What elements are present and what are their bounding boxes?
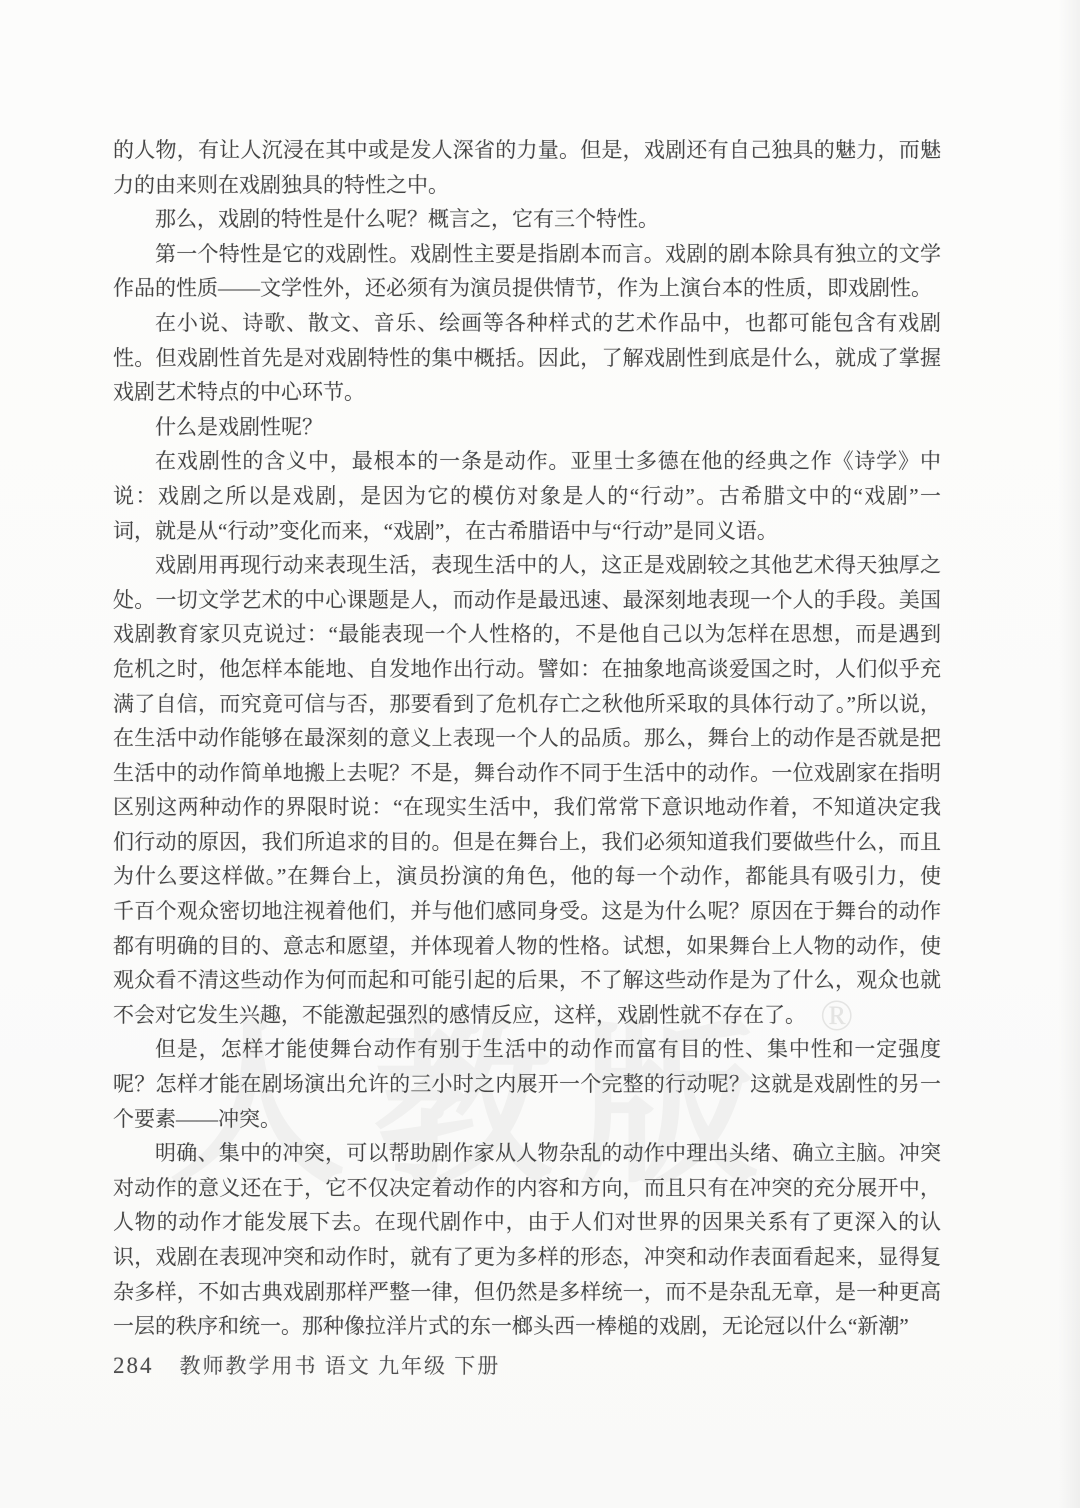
body-text: 的人物，有让人沉浸在其中或是发人深省的力量。但是，戏剧还有自己独具的魅力，而魅力… — [113, 133, 941, 1344]
page-footer: 284 教师教学用书 语文 九年级 下册 — [113, 1350, 500, 1380]
text-line: 呢？怎样才能在剧场演出允许的三小时之内展开一个完整的行动呢？这就是戏剧性的另一 — [113, 1067, 941, 1102]
paragraph: 第一个特性是它的戏剧性。戏剧性主要是指剧本而言。戏剧的剧本除具有独立的文学作品的… — [113, 237, 941, 306]
text-line: 处。一切文学艺术的中心课题是人，而动作是最迅速、最深刻地表现一个人的手段。美国 — [113, 583, 941, 618]
text-line: 的人物，有让人沉浸在其中或是发人深省的力量。但是，戏剧还有自己独具的魅力，而魅 — [113, 133, 941, 168]
text-line: 个要素——冲突。 — [113, 1102, 941, 1137]
paragraph: 在小说、诗歌、散文、音乐、绘画等各种样式的艺术作品中，也都可能包含有戏剧性。但戏… — [113, 306, 941, 410]
paragraph: 什么是戏剧性呢？ — [113, 410, 941, 445]
paragraph: 但是，怎样才能使舞台动作有别于生活中的动作而富有目的性、集中性和一定强度呢？怎样… — [113, 1032, 941, 1136]
text-line: 危机之时，他怎样本能地、自发地作出行动。譬如：在抽象地高谈爱国之时，人们似乎充 — [113, 652, 941, 687]
text-line: 一层的秩序和统一。那种像拉洋片式的东一榔头西一棒槌的戏剧，无论冠以什么“新潮” — [113, 1309, 941, 1344]
text-line: 对动作的意义还在于，它不仅决定着动作的内容和方向，而且只有在冲突的充分展开中， — [113, 1171, 941, 1206]
scanned-book-page: 人教版 ® 的人物，有让人沉浸在其中或是发人深省的力量。但是，戏剧还有自己独具的… — [0, 0, 1080, 1508]
text-line: 在生活中动作能够在最深刻的意义上表现一个人的品质。那么，舞台上的动作是否就是把 — [113, 721, 941, 756]
text-line: 说：戏剧之所以是戏剧，是因为它的模仿对象是人的“行动”。古希腊文中的“戏剧”一 — [113, 479, 941, 514]
text-line: 那么，戏剧的特性是什么呢？概言之，它有三个特性。 — [113, 202, 941, 237]
text-line: 都有明确的目的、意志和愿望，并体现着人物的性格。试想，如果舞台上人物的动作，使 — [113, 929, 941, 964]
paragraph: 戏剧用再现行动来表现生活，表现生活中的人，这正是戏剧较之其他艺术得天独厚之处。一… — [113, 548, 941, 1032]
text-line: 在戏剧性的含义中，最根本的一条是动作。亚里士多德在他的经典之作《诗学》中 — [113, 444, 941, 479]
text-line: 生活中的动作简单地搬上去呢？不是，舞台动作不同于生活中的动作。一位戏剧家在指明 — [113, 756, 941, 791]
text-line: 明确、集中的冲突，可以帮助剧作家从人物杂乱的动作中理出头绪、确立主脑。冲突 — [113, 1136, 941, 1171]
text-line: 性。但戏剧性首先是对戏剧特性的集中概括。因此，了解戏剧性到底是什么，就成了掌握 — [113, 341, 941, 376]
text-line: 识，戏剧在表现冲突和动作时，就有了更为多样的形态，冲突和动作表面看起来，显得复 — [113, 1240, 941, 1275]
text-line: 作品的性质——文学性外，还必须有为演员提供情节，作为上演台本的性质，即戏剧性。 — [113, 271, 941, 306]
text-line: 不会对它发生兴趣，不能激起强烈的感情反应，这样，戏剧性就不存在了。 — [113, 998, 941, 1033]
text-line: 千百个观众密切地注视着他们，并与他们感同身受。这是为什么呢？原因在于舞台的动作 — [113, 894, 941, 929]
text-line: 满了自信，而究竟可信与否，那要看到了危机存亡之秋他所采取的具体行动了。”所以说， — [113, 687, 941, 722]
text-line: 戏剧用再现行动来表现生活，表现生活中的人，这正是戏剧较之其他艺术得天独厚之 — [113, 548, 941, 583]
text-line: 人物的动作才能发展下去。在现代剧作中，由于人们对世界的因果关系有了更深入的认 — [113, 1205, 941, 1240]
text-line: 观众看不清这些动作为何而起和可能引起的后果，不了解这些动作是为了什么，观众也就 — [113, 963, 941, 998]
text-line: 区别这两种动作的界限时说：“在现实生活中，我们常常下意识地动作着，不知道决定我 — [113, 790, 941, 825]
text-line: 第一个特性是它的戏剧性。戏剧性主要是指剧本而言。戏剧的剧本除具有独立的文学 — [113, 237, 941, 272]
page-number: 284 — [113, 1353, 154, 1379]
text-line: 戏剧艺术特点的中心环节。 — [113, 375, 941, 410]
text-line: 们行动的原因，我们所追求的目的。但是在舞台上，我们必须知道我们要做些什么，而且 — [113, 825, 941, 860]
paragraph: 在戏剧性的含义中，最根本的一条是动作。亚里士多德在他的经典之作《诗学》中说：戏剧… — [113, 444, 941, 548]
text-line: 为什么要这样做。”在舞台上，演员扮演的角色，他的每一个动作，都能具有吸引力，使 — [113, 859, 941, 894]
text-line: 但是，怎样才能使舞台动作有别于生活中的动作而富有目的性、集中性和一定强度 — [113, 1032, 941, 1067]
text-line: 杂多样，不如古典戏剧那样严整一律，但仍然是多样统一，而不是杂乱无章，是一种更高 — [113, 1275, 941, 1310]
text-line: 在小说、诗歌、散文、音乐、绘画等各种样式的艺术作品中，也都可能包含有戏剧 — [113, 306, 941, 341]
text-line: 戏剧教育家贝克说过：“最能表现一个人性格的，不是他自己以为怎样在思想，而是遇到 — [113, 617, 941, 652]
text-line: 词，就是从“行动”变化而来，“戏剧”，在古希腊语中与“行动”是同义语。 — [113, 514, 941, 549]
footer-book-title: 教师教学用书 语文 九年级 下册 — [180, 1350, 501, 1380]
paragraph: 的人物，有让人沉浸在其中或是发人深省的力量。但是，戏剧还有自己独具的魅力，而魅力… — [113, 133, 941, 202]
text-line: 力的由来则在戏剧独具的特性之中。 — [113, 168, 941, 203]
paragraph: 那么，戏剧的特性是什么呢？概言之，它有三个特性。 — [113, 202, 941, 237]
text-line: 什么是戏剧性呢？ — [113, 410, 941, 445]
paragraph: 明确、集中的冲突，可以帮助剧作家从人物杂乱的动作中理出头绪、确立主脑。冲突对动作… — [113, 1136, 941, 1344]
